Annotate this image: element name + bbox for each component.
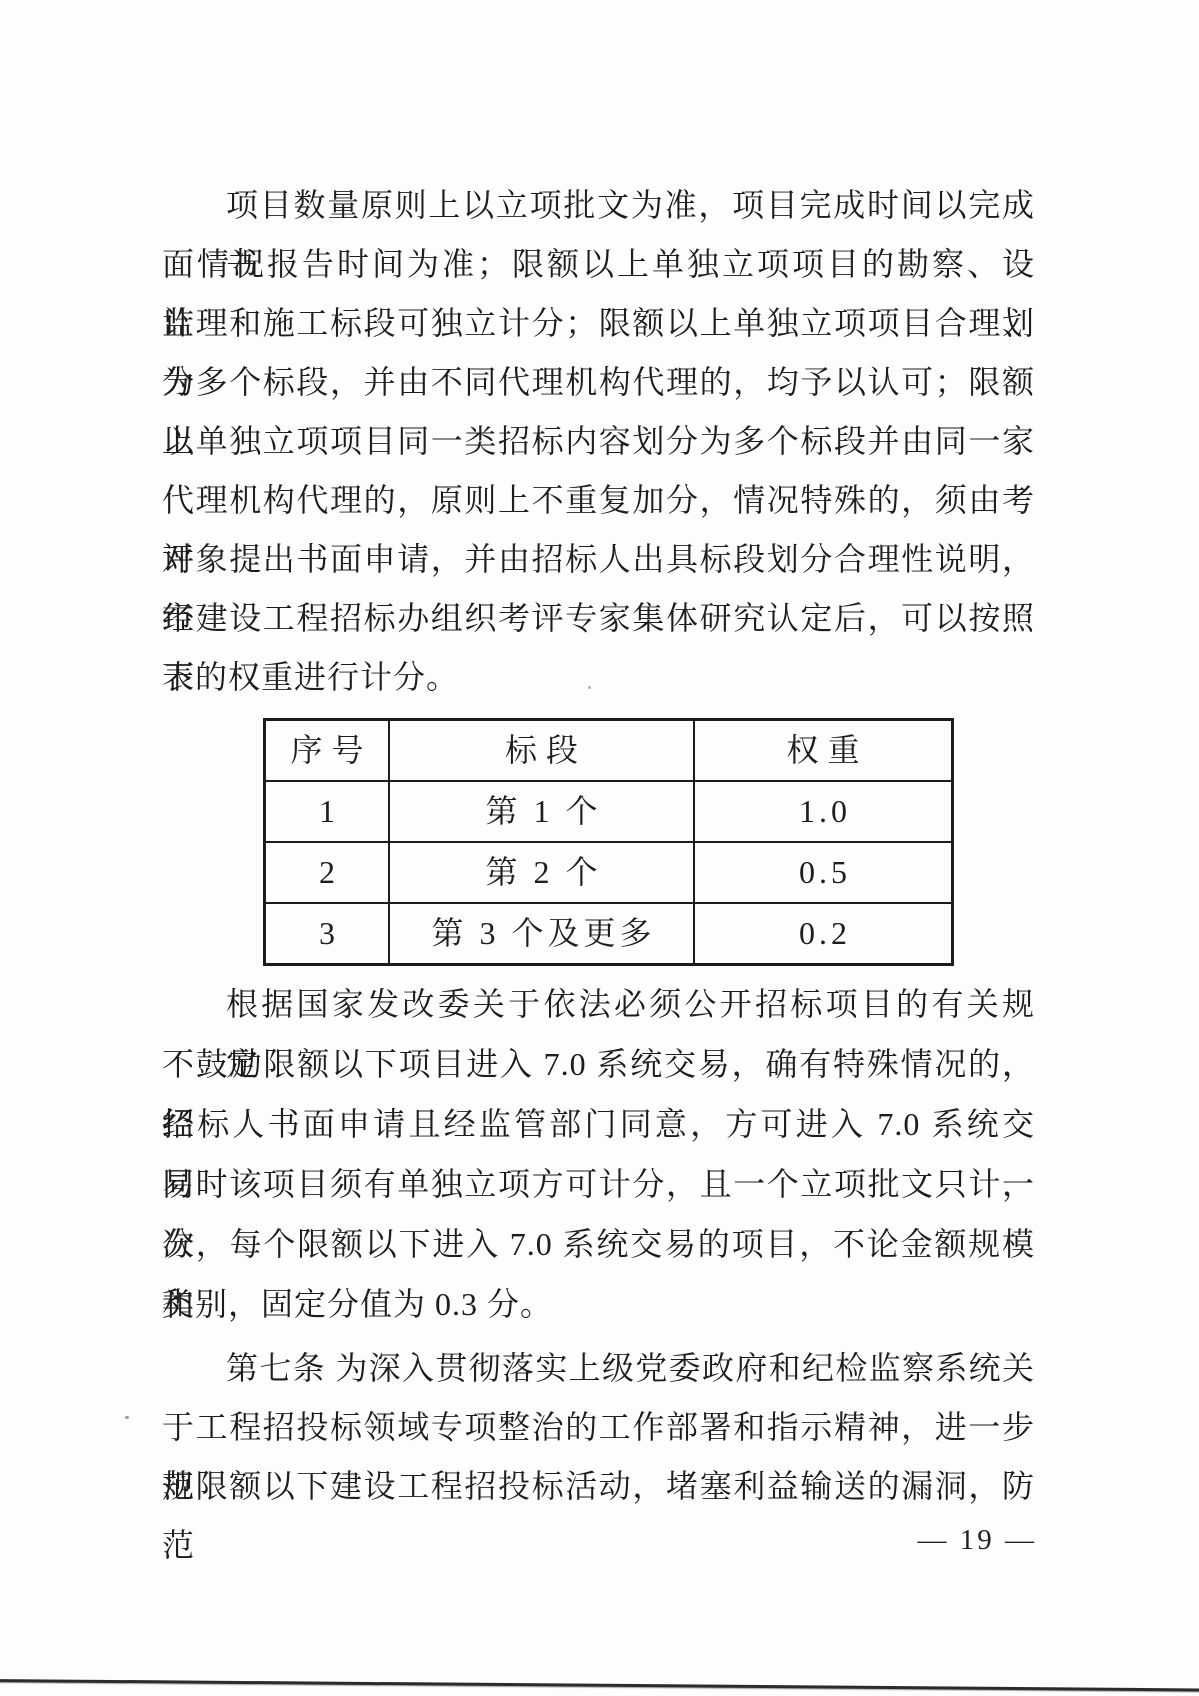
table-cell: 3 [265,903,390,965]
body-line: 项目数量原则上以立项批文为准，项目完成时间以完成书 [162,176,1035,235]
table-cell: 第 2 个 [389,842,694,903]
scan-artifact-line [0,1679,1199,1692]
body-line: 招标人书面申请且经监管部门同意，方可进入 7.0 系统交易， [162,1094,1035,1154]
body-line: 第七条 为深入贯彻落实上级党委政府和纪检监察系统关 [162,1339,1035,1398]
table-header-seq: 序号 [265,720,390,782]
table-cell: 2 [265,842,390,903]
body-line: 范限额以下建设工程招投标活动，堵塞利益输送的漏洞，防范 [162,1457,1035,1516]
body-line: 于工程招投标领域专项整治的工作部署和指示精神，进一步规 [162,1398,1035,1457]
body-line: 类别，固定分值为 0.3 分。 [162,1274,1035,1334]
table-cell: 1 [265,781,390,842]
table-row: 2 第 2 个 0.5 [265,842,953,903]
body-line: 对象提出书面申请，并由招标人出具标段划分合理性说明，经 [162,530,1035,589]
body-line: 上单独立项项目同一类招标内容划分为多个标段并由同一家 [162,412,1035,471]
weight-table: 序号 标段 权重 1 第 1 个 1.0 2 第 2 个 0.5 3 第 3 个… [263,718,954,966]
body-text: 项目数量原则上以立项批文为准，项目完成时间以完成书 面情况报告时间为准；限额以上… [162,176,1035,1516]
paragraph-3: 第七条 为深入贯彻落实上级党委政府和纪检监察系统关 于工程招投标领域专项整治的工… [162,1339,1035,1516]
body-line: 不鼓励限额以下项目进入 7.0 系统交易，确有特殊情况的，经 [162,1034,1035,1094]
scan-speck [125,1416,129,1419]
page-number: — 19 — [918,1524,1038,1557]
body-line: 面情况报告时间为准；限额以上单独立项项目的勘察、设计、 [162,235,1035,294]
body-line: 同时该项目须有单独立项方可计分，且一个立项批文只计一次 [162,1154,1035,1214]
table-header-weight: 权重 [694,720,953,782]
scan-speck [588,686,591,689]
body-line: 为多个标段，并由不同代理机构代理的，均予以认可；限额以 [162,353,1035,412]
table-header-row: 序号 标段 权重 [265,720,953,782]
body-line: 市建设工程招标办组织考评专家集体研究认定后，可以按照下 [162,589,1035,648]
body-line: 表的权重进行计分。 [162,648,1035,707]
table-header-section: 标段 [389,720,694,782]
table-cell: 0.5 [694,842,953,903]
table-row: 1 第 1 个 1.0 [265,781,953,842]
table-cell: 第 1 个 [389,781,694,842]
table-cell: 0.2 [694,903,953,965]
paragraph-1: 项目数量原则上以立项批文为准，项目完成时间以完成书 面情况报告时间为准；限额以上… [162,176,1035,707]
table-cell: 1.0 [694,781,953,842]
paragraph-2: 根据国家发改委关于依法必须公开招标项目的有关规定， 不鼓励限额以下项目进入 7.… [162,974,1035,1334]
body-line: 监理和施工标段可独立计分；限额以上单独立项项目合理划分 [162,294,1035,353]
document-page: 项目数量原则上以立项批文为准，项目完成时间以完成书 面情况报告时间为准；限额以上… [0,0,1199,1696]
table-cell: 第 3 个及更多 [389,903,694,965]
body-line: 分，每个限额以下进入 7.0 系统交易的项目，不论金额规模和 [162,1214,1035,1274]
table-row: 3 第 3 个及更多 0.2 [265,903,953,965]
body-line: 根据国家发改委关于依法必须公开招标项目的有关规定， [162,974,1035,1034]
body-line: 代理机构代理的，原则上不重复加分，情况特殊的，须由考评 [162,471,1035,530]
